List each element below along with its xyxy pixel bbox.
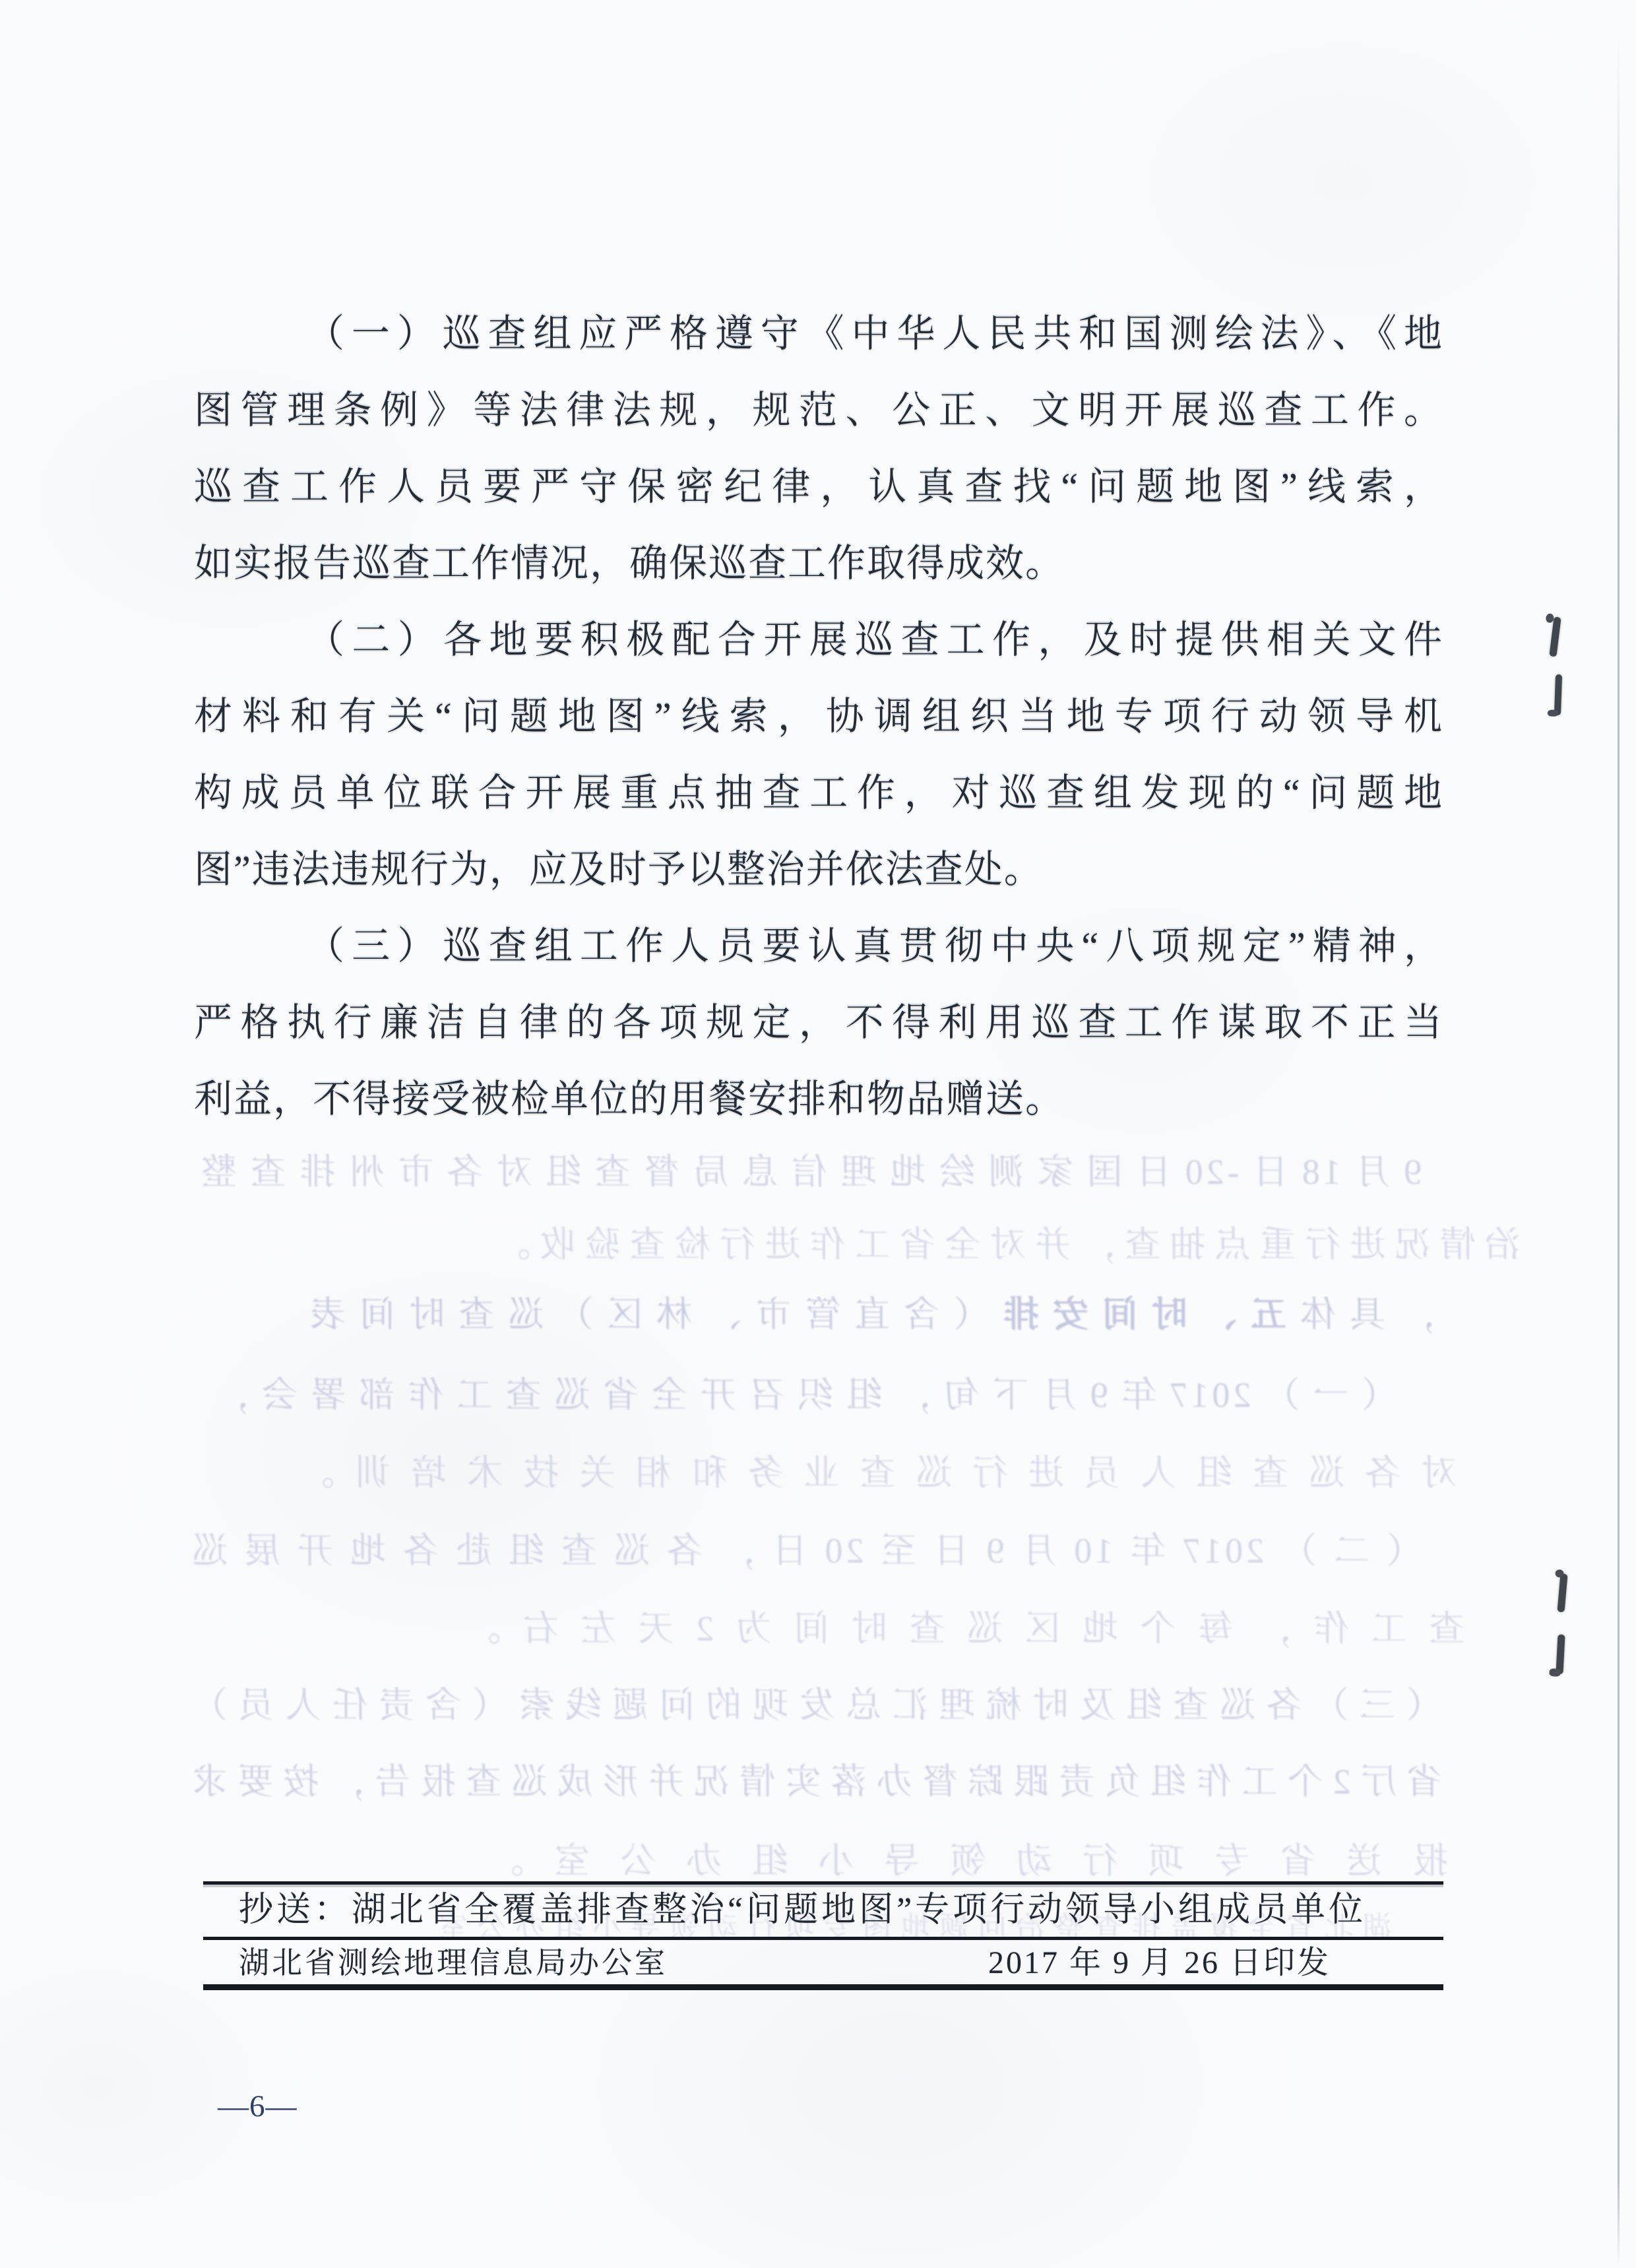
bleedthrough-line: （三）各巡查组及时梳理汇总发现的问题线索（含责任人员） xyxy=(189,1683,1442,1728)
body-line: 如实报告巡查工作情况，确保巡查工作取得成效。 xyxy=(194,525,1443,602)
bleedthrough-line: 报送省专项行动领导小组办公室。 xyxy=(485,1838,1448,1883)
bleedthrough-heading-line: ，具体五、时间安排（含直管市、林区）巡查时间表 xyxy=(307,1292,1435,1337)
bleedthrough-line: （一）2017年9月下旬，组织召开全省巡查工作部署会， xyxy=(210,1373,1397,1417)
footer-issuer: 湖北省测绘地理信息局办公室 xyxy=(239,1945,668,1982)
staple-mark xyxy=(1556,1635,1565,1674)
staple-mark xyxy=(1557,1574,1567,1613)
body-line: 构成员单位联合开展重点抽查工作，对巡查组发现的“问题地 xyxy=(194,755,1443,831)
body-line: 材料和有关“问题地图”线索，协调组织当地专项行动领导机 xyxy=(194,678,1443,755)
body-line: （二）各地要积极配合开展巡查工作，及时提供相关文件 xyxy=(194,602,1443,678)
body-line: （一）巡查组应严格遵守《中华人民共和国测绘法》、《地 xyxy=(194,296,1443,372)
scanned-document-page: （一）巡查组应严格遵守《中华人民共和国测绘法》、《地 图管理条例》等法律法规，规… xyxy=(0,0,1636,2268)
body-line: 图管理条例》等法律法规，规范、公正、文明开展巡查工作。 xyxy=(194,372,1443,449)
bleedthrough-heading-bold: 五、时间安排 xyxy=(990,1295,1286,1334)
bleedthrough-line: 对各巡查组人员进行巡查业务和相关技术培训。 xyxy=(296,1450,1457,1495)
body-line: 巡查工作人员要严守保密纪律，认真查找“问题地图”线索， xyxy=(194,449,1443,525)
footer-rule-bottom xyxy=(203,1984,1443,1990)
footer-rule-middle xyxy=(203,1937,1443,1940)
bleedthrough-line: （二）2017年10月9日至20日，各巡查组赴各地开展巡 xyxy=(189,1528,1422,1573)
bleedthrough-line: 治情况进行重点抽查，并对全省工作进行检查验收。 xyxy=(491,1222,1521,1267)
bleedthrough-heading-post: （含直管市、林区）巡查时间表 xyxy=(307,1295,990,1334)
bleedthrough-line: 查工作，每个地区巡查时间为2天左右。 xyxy=(462,1606,1464,1651)
bleedthrough-line: 省厅2个工作组负责跟踪督办落实情况并形成巡查报告，按要求 xyxy=(189,1759,1442,1804)
body-line: 严格执行廉洁自律的各项规定，不得利用巡查工作谋取不正当 xyxy=(194,985,1443,1061)
bleedthrough-heading-pre: ，具体 xyxy=(1286,1295,1435,1334)
footer-rule-top xyxy=(203,1881,1443,1885)
bleedthrough-line: 9月18日-20日国家测绘地理信息局督查组对各市州排查整 xyxy=(198,1150,1422,1194)
body-text-block: （一）巡查组应严格遵守《中华人民共和国测绘法》、《地 图管理条例》等法律法规，规… xyxy=(194,296,1443,1138)
body-line: 图”违法违规行为，应及时予以整治并依法查处。 xyxy=(194,831,1443,908)
page-number: —6— xyxy=(218,2089,298,2124)
page-edge-shadow xyxy=(1618,40,1620,2268)
body-line: （三）巡查组工作人员要认真贯彻中央“八项规定”精神， xyxy=(194,908,1443,985)
footer-cc-line: 抄送：湖北省全覆盖排查整治“问题地图”专项行动领导小组成员单位 xyxy=(239,1889,1366,1931)
staple-mark xyxy=(1549,617,1561,657)
body-line: 利益，不得接受被检单位的用餐安排和物品赠送。 xyxy=(194,1061,1443,1138)
staple-mark xyxy=(1554,674,1562,715)
footer-issue-date: 2017 年 9 月 26 日印发 xyxy=(988,1945,1331,1982)
